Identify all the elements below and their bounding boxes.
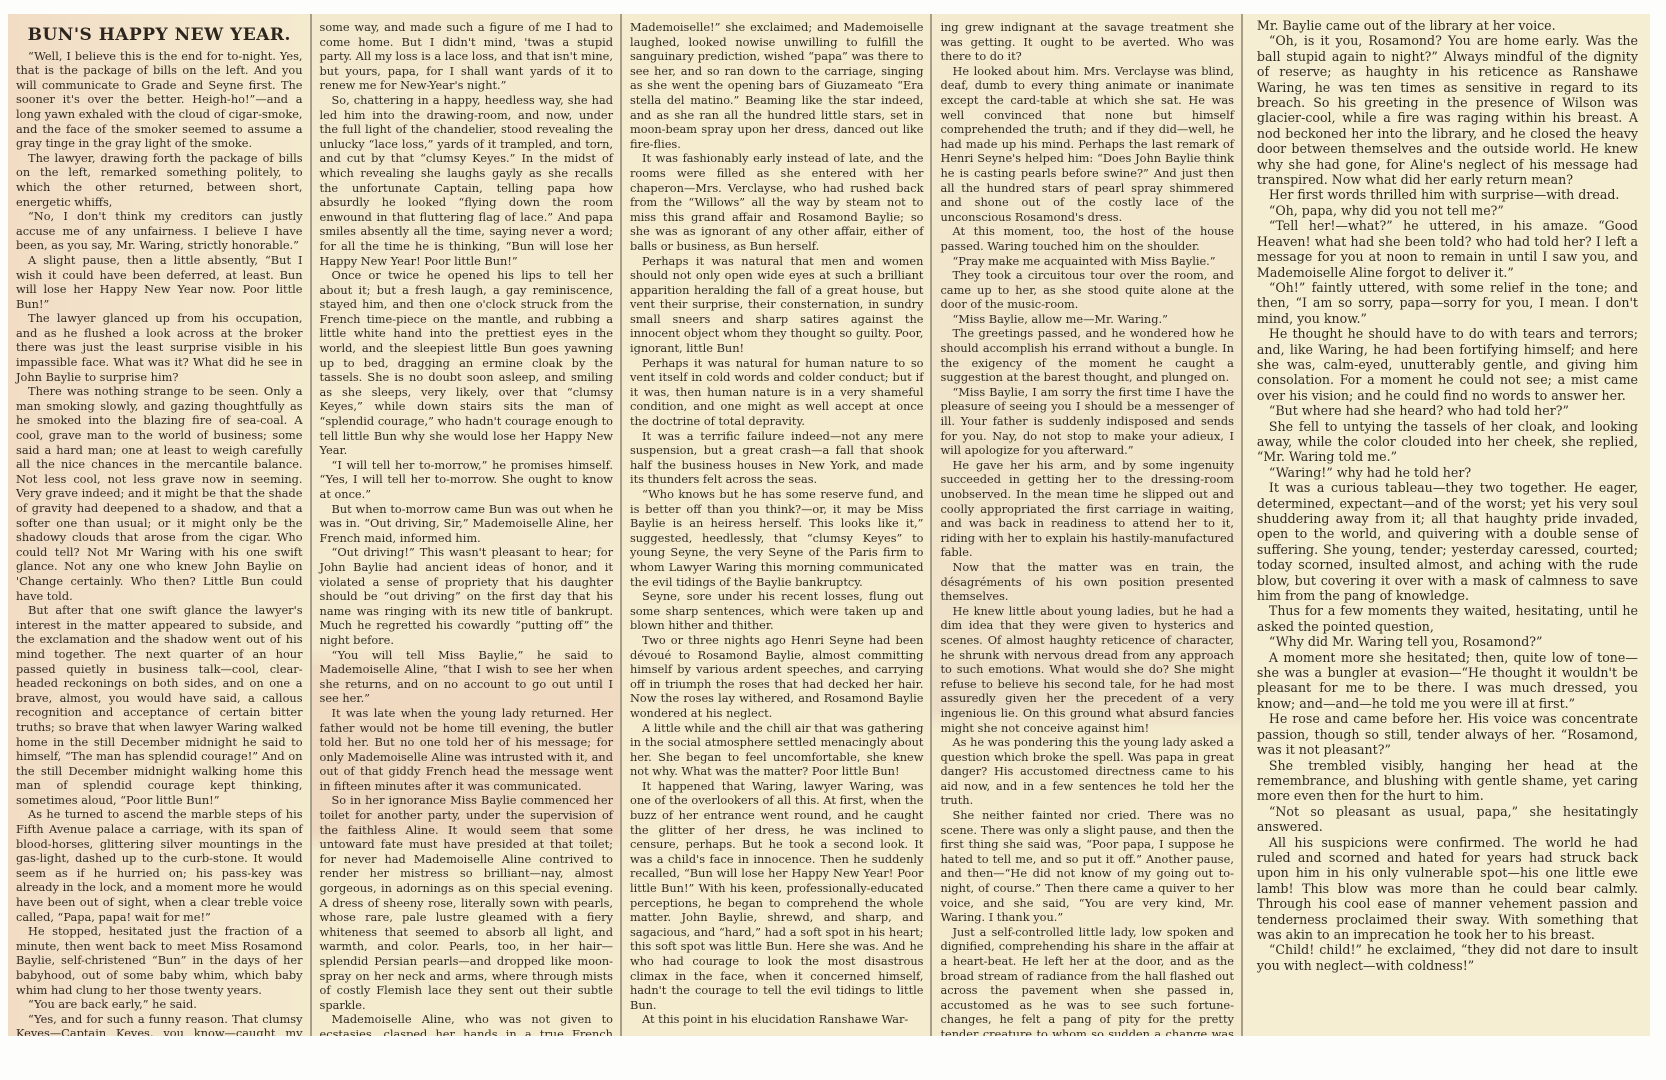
paragraph: It was a terrific failure indeed—not any… xyxy=(630,429,923,487)
column-1-text: “Well, I believe this is the end for to-… xyxy=(16,49,303,1036)
paragraph: The lawyer, drawing forth the package of… xyxy=(16,151,303,209)
paragraph: He thought he should have to do with tea… xyxy=(1257,326,1638,403)
paragraph: “Out driving!” This wasn't pleasant to h… xyxy=(320,545,613,647)
paragraph: “Waring!” why had he told her? xyxy=(1257,465,1638,480)
paragraph: Perhaps it was natural for human nature … xyxy=(630,356,923,429)
paragraph: “Miss Baylie, I am sorry the first time … xyxy=(940,385,1233,458)
newspaper-clipping: BUN'S HAPPY NEW YEAR. “Well, I believe t… xyxy=(8,14,1650,1036)
paragraph: It was late when the young lady returned… xyxy=(320,706,613,794)
paragraph: Once or twice he opened his lips to tell… xyxy=(320,268,613,458)
article-title: BUN'S HAPPY NEW YEAR. xyxy=(16,28,303,43)
column-3-text: Mademoiselle!” she exclaimed; and Mademo… xyxy=(630,20,923,1027)
paragraph: “Why did Mr. Waring tell you, Rosamond?” xyxy=(1257,634,1638,649)
paragraph: ing grew indignant at the savage treatme… xyxy=(940,20,1233,64)
paragraph: They took a circuitous tour over the roo… xyxy=(940,268,1233,312)
paragraph: She trembled visibly, hanging her head a… xyxy=(1257,758,1638,804)
paragraph: At this moment, too, the host of the hou… xyxy=(940,224,1233,253)
paragraph: “Oh, papa, why did you not tell me?” xyxy=(1257,203,1638,218)
column-3: Mademoiselle!” she exclaimed; and Mademo… xyxy=(622,14,930,1036)
paragraph: “You are back early,” he said. xyxy=(16,997,303,1012)
paragraph: He rose and came before her. His voice w… xyxy=(1257,711,1638,757)
paragraph: A slight pause, then a little absently, … xyxy=(16,253,303,311)
paragraph: There was nothing strange to be seen. On… xyxy=(16,384,303,603)
paragraph: As he turned to ascend the marble steps … xyxy=(16,807,303,924)
paragraph: “I will tell her to-morrow,” he promises… xyxy=(320,458,613,502)
paragraph: “Oh!” faintly uttered, with some relief … xyxy=(1257,280,1638,326)
paragraph: “Well, I believe this is the end for to-… xyxy=(16,49,303,151)
paragraph: But after that one swift glance the lawy… xyxy=(16,603,303,807)
paragraph: “Who knows but he has some reserve fund,… xyxy=(630,487,923,589)
paragraph: Thus for a few moments they waited, hesi… xyxy=(1257,603,1638,634)
paragraph: As he was pondering this the young lady … xyxy=(940,735,1233,808)
paragraph: A moment more she hesitated; then, quite… xyxy=(1257,650,1638,712)
paragraph: “Yes, and for such a funny reason. That … xyxy=(16,1012,303,1036)
paragraph: “Pray make me acquainted with Miss Bayli… xyxy=(940,254,1233,269)
column-2-text: some way, and made such a figure of me I… xyxy=(320,20,613,1036)
paragraph: It was a curious tableau—they two togeth… xyxy=(1257,480,1638,603)
paragraph: “Not so pleasant as usual, papa,” she he… xyxy=(1257,804,1638,835)
paragraph: Her first words thrilled him with surpri… xyxy=(1257,187,1638,202)
column-4-text: ing grew indignant at the savage treatme… xyxy=(940,20,1233,1036)
paragraph: But when to-morrow came Bun was out when… xyxy=(320,502,613,546)
paragraph: The lawyer glanced up from his occupatio… xyxy=(16,311,303,384)
paragraph: She fell to untying the tassels of her c… xyxy=(1257,419,1638,465)
paragraph: At this point in his elucidation Ranshaw… xyxy=(630,1012,923,1027)
paragraph: So, chattering in a happy, heedless way,… xyxy=(320,93,613,268)
paragraph: It happened that Waring, lawyer Waring, … xyxy=(630,779,923,1013)
column-1: BUN'S HAPPY NEW YEAR. “Well, I believe t… xyxy=(8,14,310,1036)
paragraph: Mr. Baylie came out of the library at he… xyxy=(1257,18,1638,33)
paragraph: Mademoiselle!” she exclaimed; and Mademo… xyxy=(630,20,923,151)
paragraph: “Tell her!—what?” he uttered, in his ama… xyxy=(1257,218,1638,280)
paragraph: Just a self-controlled little lady, low … xyxy=(940,925,1233,1036)
column-4: ing grew indignant at the savage treatme… xyxy=(932,14,1240,1036)
paragraph: Mademoiselle Aline, who was not given to… xyxy=(320,1012,613,1036)
column-5-text: Mr. Baylie came out of the library at he… xyxy=(1257,18,1638,973)
column-2: some way, and made such a figure of me I… xyxy=(312,14,620,1036)
paragraph: The greetings passed, and he wondered ho… xyxy=(940,326,1233,384)
paragraph: All his suspicions were confirmed. The w… xyxy=(1257,835,1638,943)
paragraph: “But where had she heard? who had told h… xyxy=(1257,403,1638,418)
paragraph: He gave her his arm, and by some ingenui… xyxy=(940,458,1233,560)
paragraph: Perhaps it was natural that men and wome… xyxy=(630,254,923,356)
paragraph: some way, and made such a figure of me I… xyxy=(320,20,613,93)
paragraph: “Miss Baylie, allow me—Mr. Waring.” xyxy=(940,312,1233,327)
paragraph: It was fashionably early instead of late… xyxy=(630,151,923,253)
paragraph: “You will tell Miss Baylie,” he said to … xyxy=(320,648,613,706)
paragraph: So in her ignorance Miss Baylie commence… xyxy=(320,793,613,1012)
paragraph: He stopped, hesitated just the fraction … xyxy=(16,924,303,997)
paragraph: “Oh, is it you, Rosamond? You are home e… xyxy=(1257,33,1638,187)
paragraph: He knew little about young ladies, but h… xyxy=(940,604,1233,735)
paragraph: She neither fainted nor cried. There was… xyxy=(940,808,1233,925)
paragraph: Seyne, sore under his recent losses, flu… xyxy=(630,589,923,633)
paragraph: A little while and the chill air that wa… xyxy=(630,721,923,779)
paragraph: “No, I don't think my creditors can just… xyxy=(16,209,303,253)
column-5: Mr. Baylie came out of the library at he… xyxy=(1243,14,1650,1036)
paragraph: He looked about him. Mrs. Verclayse was … xyxy=(940,64,1233,225)
paragraph: Now that the matter was en train, the dé… xyxy=(940,560,1233,604)
paragraph: “Child! child!” he exclaimed, “they did … xyxy=(1257,942,1638,973)
paragraph: Two or three nights ago Henri Seyne had … xyxy=(630,633,923,721)
